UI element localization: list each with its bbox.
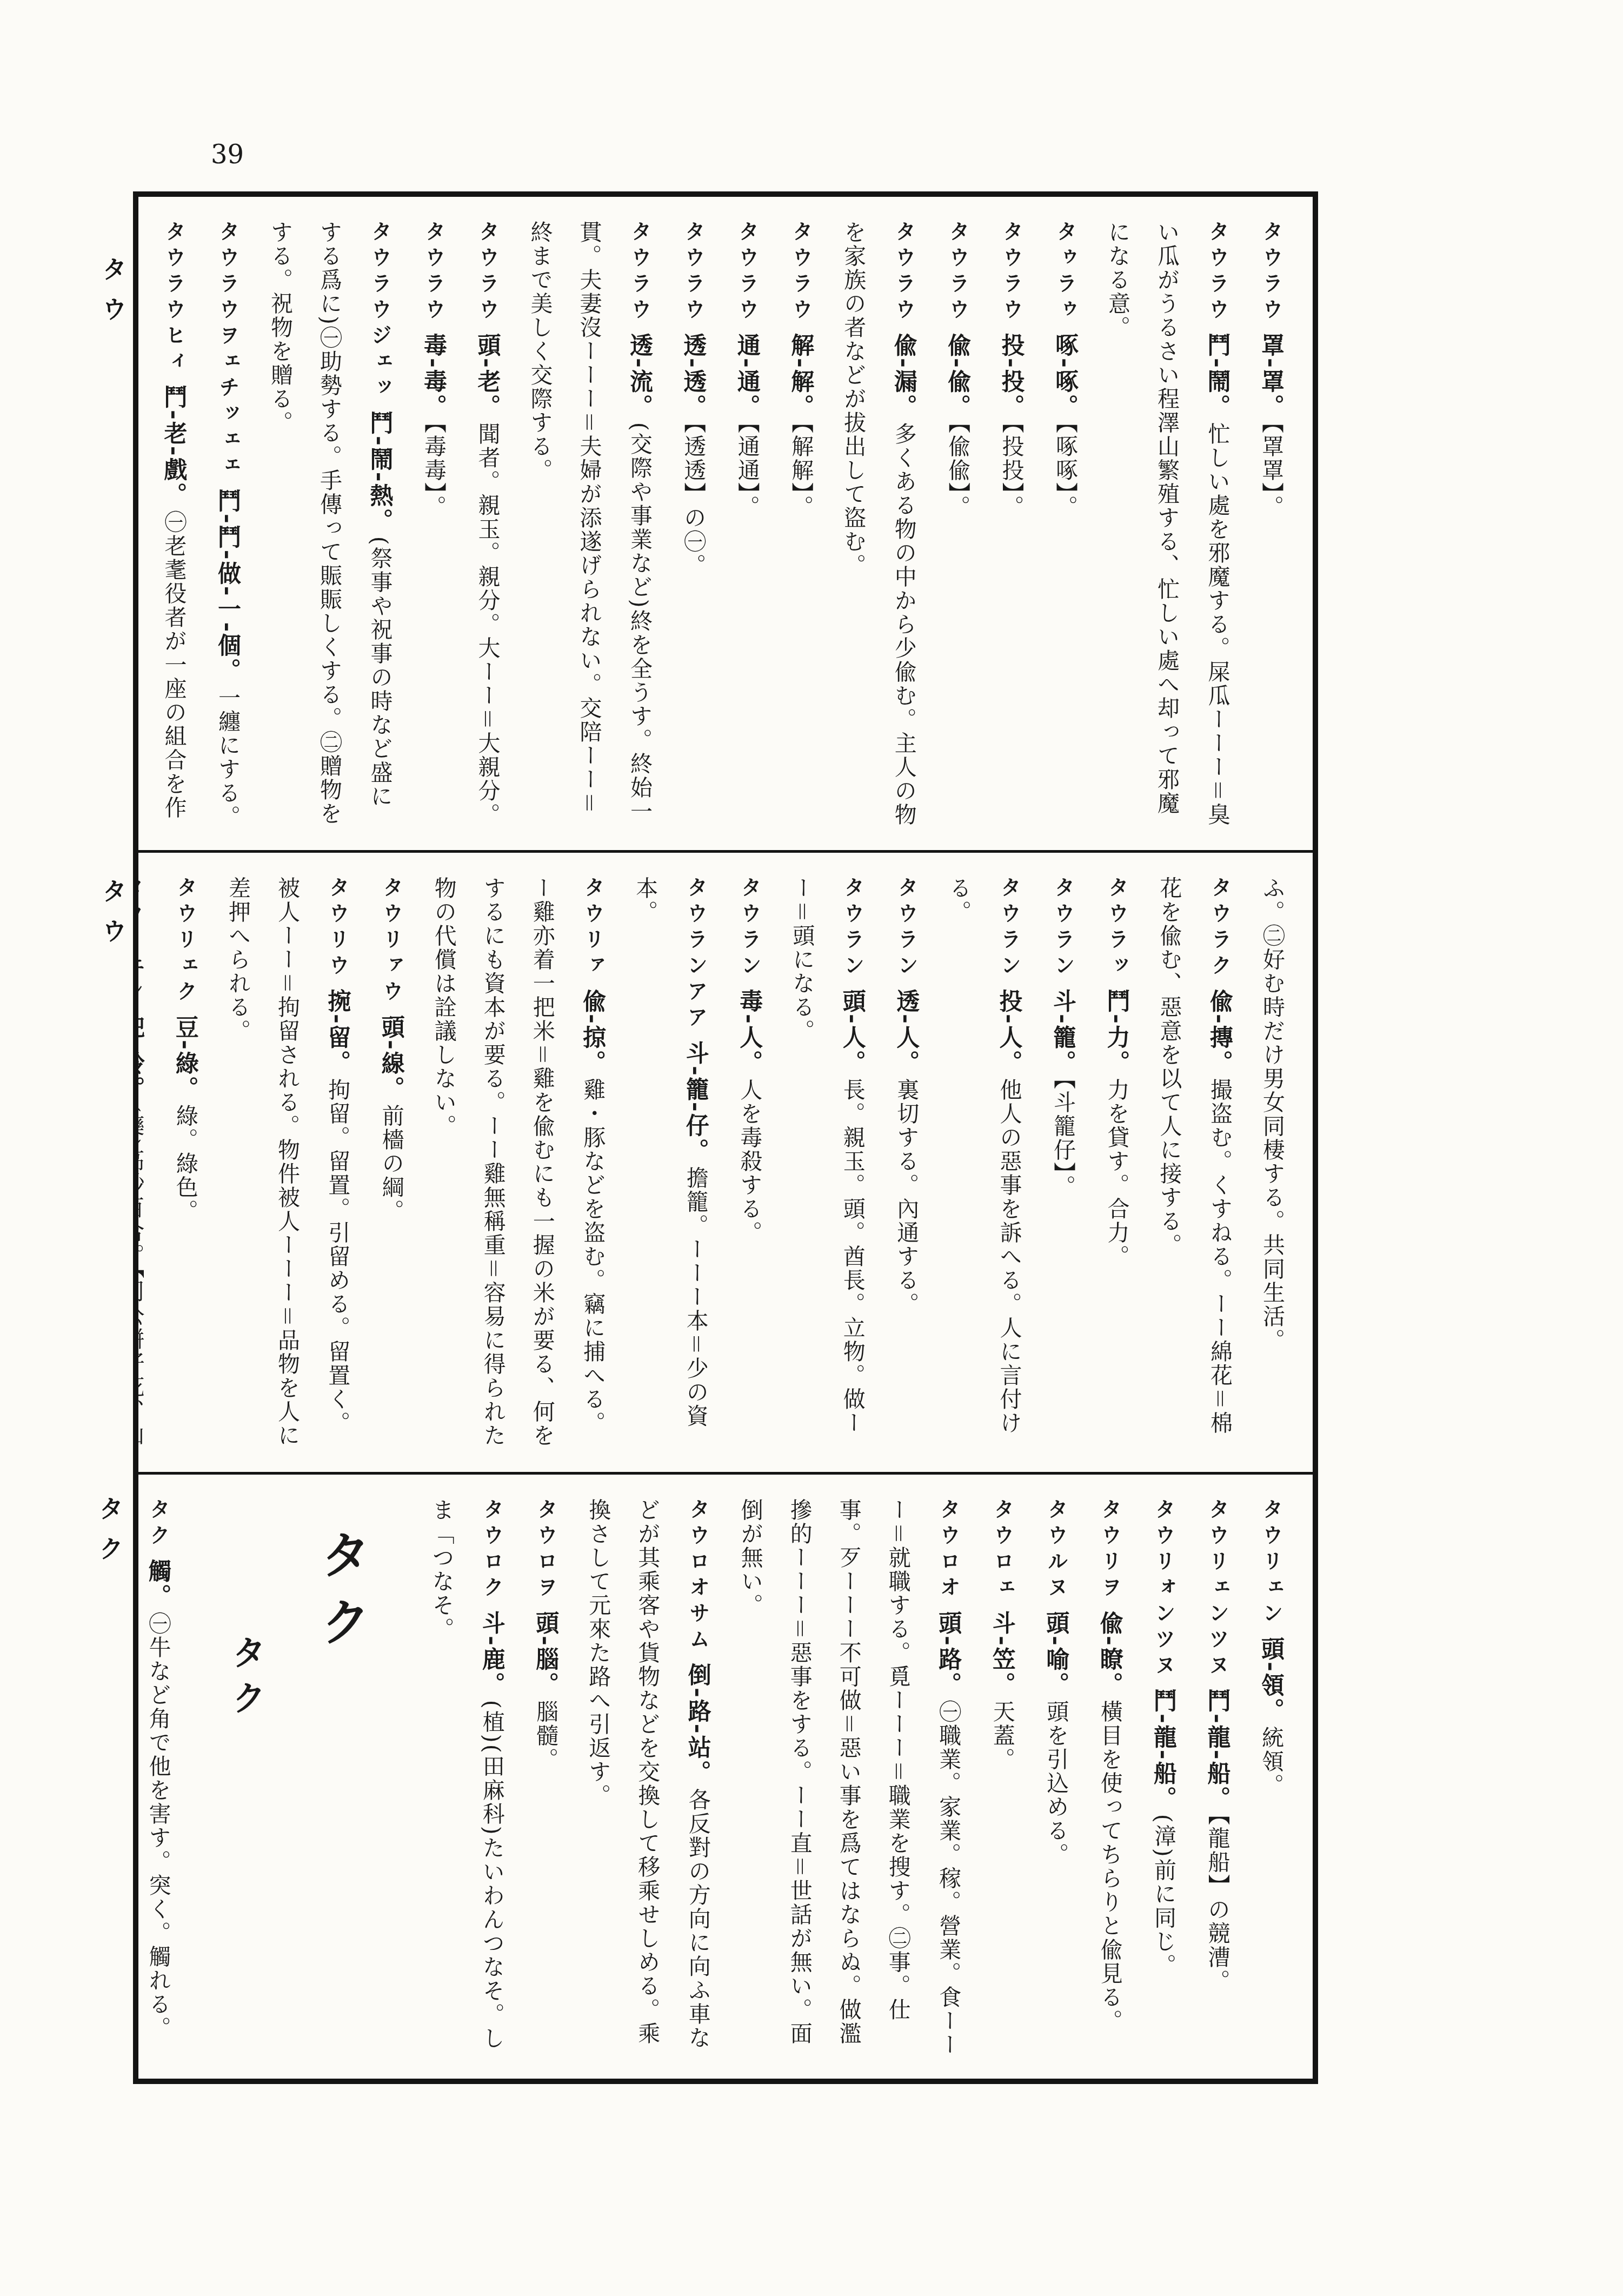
- entry-reading: タウラウ: [1000, 221, 1023, 324]
- entry-headword: 投-人。: [996, 989, 1023, 1075]
- dictionary-entry: タウラウ鬥-鬧。忙しい處を邪魔する。屎瓜ーーー＝臭い瓜がうるさい程澤山繁殖する、…: [1093, 221, 1242, 832]
- entry-body: 聞者。親玉。親分。大ーー＝大親分。: [474, 422, 500, 827]
- dictionary-entry: タゥラゥ啄-啄。【啄啄】。: [1039, 221, 1090, 832]
- entry-headword: 頭-路。: [935, 1611, 962, 1697]
- dictionary-entry: タウロヲ頭-腦。腦髓。: [520, 1498, 571, 2060]
- entry-reading: タウルヌ: [1044, 1498, 1068, 1602]
- entry-body: 【透透】の㊀。: [680, 422, 706, 578]
- entry-body: 【毒毒】。: [421, 422, 447, 519]
- entry-body: 前檣の綱。: [378, 1104, 404, 1223]
- entry-headword: 鬥-老-戲。: [161, 385, 188, 507]
- entry-reading: タウロヲ: [534, 1498, 557, 1602]
- entry-body: 【通通】。: [734, 422, 760, 519]
- entry-reading: タウロオ: [936, 1498, 960, 1602]
- entry-reading: タウラン: [737, 877, 761, 980]
- entry-headword: 鬥-鬧。: [1204, 333, 1231, 419]
- entry-headword: 捥-留。: [324, 989, 351, 1075]
- dictionary-entry: タウラウ透-流。(交際や事業など)終を全うす。終始一貫。夫妻沒ーーー＝夫婦が添遂…: [515, 221, 664, 832]
- dictionary-entry: タウリウ捥-留。拘留。留置。引留める。留置く。被人ーー＝拘留される。物件被人ーー…: [213, 877, 363, 1454]
- entry-body: 統領。: [1258, 1726, 1284, 1797]
- dictionary-entry: タウリェン頭-領。統領。: [1245, 1498, 1296, 2060]
- entry-body: 頭を引込める。: [1043, 1700, 1069, 1867]
- entry-reading: タウロェ: [990, 1498, 1014, 1602]
- dictionary-entry: タウルヌ頭-喻。頭を引込める。: [1030, 1498, 1081, 2060]
- entry-reading: タウラウ: [1259, 221, 1283, 324]
- entry-headword: 觸。: [145, 1559, 172, 1609]
- entry-reading: タウラン: [1051, 877, 1075, 980]
- entry-headword: 毒-毒。: [420, 333, 447, 419]
- entry-reading: タウラウ: [422, 221, 445, 324]
- entry-body: 【啄啄】。: [1052, 422, 1078, 519]
- dictionary-entry: タウロオ頭-路。㊀職業。家業。稼。營業。食ーーー＝就職する。覓ーーー＝職業を搜す…: [726, 1498, 974, 2060]
- dictionary-entry: タウロク斗-鹿。(植)(田麻科)たいわんつなそ。しま「つなそ。: [416, 1498, 517, 2060]
- entry-headword: 斗-笠。: [989, 1611, 1016, 1697]
- entry-reading: タウランアア: [684, 877, 708, 1032]
- entry-reading: タウラン: [894, 877, 918, 980]
- entry-reading: タウリェク: [174, 877, 197, 1006]
- entry-body: 雞・豚などを盗む。竊に捕へる。ー雞亦着一把米＝雞を偸むにも一握の米が要る、何をす…: [431, 877, 606, 1448]
- dictionary-entry: タウリェク豆-綠。綠。綠色。: [159, 877, 210, 1454]
- entry-body: 【罩罩】。: [1258, 422, 1284, 519]
- entry-reading: タウリェンツヌ: [1206, 1498, 1229, 1680]
- entry-headword: 透-透。: [680, 333, 707, 419]
- margin-label-taku-band3: タク: [92, 1496, 128, 1576]
- entry-reading: タウラク: [1208, 877, 1232, 980]
- dictionary-entry: タウラウ投-投。【投投】。: [985, 221, 1036, 832]
- entry-headword: 頭-喻。: [1042, 1611, 1069, 1697]
- page-number: 39: [211, 140, 244, 170]
- entry-reading: タウラウ: [475, 221, 499, 324]
- dictionary-entry: タウリェン兜-鈴。(藥)高砂百合。【司公鉼仔花、山蒜頭】の花莖。(清涼解毒劑、解…: [138, 877, 157, 1454]
- entry-headword: 偸-掠。: [579, 989, 606, 1075]
- entry-headword: 頭-領。: [1258, 1637, 1285, 1723]
- dictionary-entry: タウリヲ偸-瞭。橫目を使ってちらりと偸見る。: [1083, 1498, 1135, 2060]
- dictionary-entry: タウラウヒィ鬥-老-戲。㊀老耄役者が一座の組合を作る義にて共同で商業など始める時…: [138, 221, 199, 832]
- entry-body: 裏切する。內通する。: [893, 1078, 919, 1316]
- entry-reading: タウロオサム: [686, 1498, 710, 1654]
- entry-reading: タウリウ: [325, 877, 349, 980]
- dictionary-entry: タウロオサム倒-路-站。各反對の方向に向ふ車などが其乘客や貨物などを交換して移乘…: [573, 1498, 723, 2060]
- entry-headword: 啄-啄。: [1052, 333, 1079, 419]
- entry-reading: タウラウ: [789, 221, 813, 324]
- band-top: タウラウ罩-罩。【罩罩】。タウラウ鬥-鬧。忙しい處を邪魔する。屎瓜ーーー＝臭い瓜…: [138, 197, 1313, 850]
- dictionary-entry: ふ。㊁好む時だけ男女同棲する。共同生活。: [1247, 877, 1296, 1454]
- entry-headword: 鬥-龍-船。: [1150, 1689, 1177, 1811]
- entry-reading: タウラウ: [681, 221, 705, 324]
- entry-headword: 鬥-鬧-熱。: [366, 411, 393, 533]
- entry-headword: 頭-人。: [839, 989, 866, 1075]
- margin-label-tau-band1: タウ: [95, 256, 131, 336]
- entry-body: ㊀職業。家業。稼。營業。食ーーー＝就職する。覓ーーー＝職業を搜す。㊁事。仕事。歹…: [737, 1498, 962, 2057]
- entry-body: 綠。綠色。: [172, 1104, 198, 1223]
- entry-reading: タウラウ: [628, 221, 651, 324]
- entry-body: 人を毒殺する。: [736, 1078, 762, 1245]
- entry-reading: タウロク: [480, 1498, 504, 1602]
- entry-headword: 鬥-力。: [1103, 989, 1130, 1075]
- dictionary-entry: タウラク偸-摶。撮盗む。くすねる。ーー綿花＝棉花を偸む、惡意を以て人に接する。: [1145, 877, 1245, 1454]
- entry-headword: 偸-偸。: [944, 333, 971, 419]
- entry-headword: 透-流。: [626, 333, 653, 419]
- entry-reading: タウラン: [997, 877, 1021, 980]
- entry-headword: 偸-漏。: [890, 333, 917, 419]
- entry-body: 腦髓。: [533, 1700, 558, 1771]
- dictionary-entry: タウラッ鬥-力。力を貸す。合力。: [1090, 877, 1142, 1454]
- dictionary-entry: タウラウ罩-罩。【罩罩】。: [1245, 221, 1296, 832]
- band-middle: ふ。㊁好む時だけ男女同棲する。共同生活。タウラク偸-摶。撮盗む。くすねる。ーー綿…: [138, 850, 1313, 1472]
- dictionary-entry: タウリェンツヌ鬥-龍-船。【龍船】の競漕。: [1191, 1498, 1242, 2060]
- entry-reading: タウラウヒィ: [162, 221, 186, 376]
- entry-reading: タウラウ: [892, 221, 916, 324]
- entry-headword: 通-通。: [734, 333, 761, 419]
- entry-body: 橫目を使ってちらりと偸見る。: [1097, 1700, 1123, 2033]
- entry-headword: 斗-籠。: [1049, 989, 1076, 1075]
- entry-reading: タウラウヲェチッェェ: [216, 221, 240, 480]
- dictionary-entry: タウラウ毒-毒。【毒毒】。: [407, 221, 458, 832]
- entry-reading: タウラウ: [735, 221, 759, 324]
- entry-headword: 解-解。: [787, 333, 814, 419]
- entry-reading: タウラウジェッ: [368, 221, 391, 402]
- dictionary-entry: タウリァ偸-掠。雞・豚などを盗む。竊に捕へる。ー雞亦着一把米＝雞を偸むにも一握の…: [419, 877, 618, 1454]
- entry-reading: タウリヲ: [1098, 1498, 1122, 1602]
- dictionary-entry: タウロェ斗-笠。天蓋。: [976, 1498, 1027, 2060]
- entry-body: 【斗籠仔】。: [1050, 1078, 1076, 1199]
- dictionary-entry: タウラン投-人。他人の惡事を訴へる。人に言付ける。: [934, 877, 1034, 1454]
- margin-label-tau-band2: タウ: [95, 878, 131, 958]
- entry-body: ふ。㊁好む時だけ男女同棲する。共同生活。: [1259, 877, 1285, 1352]
- entry-headword: 倒-路-站。: [684, 1663, 711, 1785]
- entry-headword: 斗-鹿。: [478, 1611, 505, 1697]
- dictionary-entry: タウラウジェッ鬥-鬧-熱。(祭事や祝事の時など盛にする爲に)㊀助勢する。手傳って…: [255, 221, 405, 832]
- entry-reading: タウラン: [841, 877, 864, 980]
- entry-body: 天蓋。: [989, 1700, 1015, 1771]
- section-heading-small: タク: [208, 1498, 284, 2060]
- entry-reading: タウリェン: [138, 877, 143, 1006]
- dictionary-entry: タウラン頭-人。長。親玉。頭。酋長。立物。做ーー＝頭になる。: [777, 877, 877, 1454]
- entry-body: 【龍船】の競漕。: [1205, 1814, 1230, 1994]
- dictionary-entry: タウラウ偸-偸。【偸偸】。: [932, 221, 983, 832]
- scanned-dictionary-page: 39 タウ タウ タク タウラウ罩-罩。【罩罩】。タウラウ鬥-鬧。忙しい處を邪魔…: [0, 0, 1623, 2296]
- entry-reading: タウラウ: [946, 221, 969, 324]
- entry-headword: 鬥-龍-船。: [1204, 1689, 1231, 1811]
- dictionary-entry: タウラウ解-解。【解解】。: [775, 221, 826, 832]
- entry-body: 力を貸す。合力。: [1104, 1078, 1130, 1269]
- dictionary-entry: タウラウ頭-老。聞者。親玉。親分。大ーー＝大親分。: [461, 221, 513, 832]
- entry-reading: タウリォンツヌ: [1152, 1498, 1175, 1680]
- dictionary-entry: タウランアア斗-籠-仔。擔籠。ーーー本＝少の資本。: [620, 877, 721, 1454]
- entry-body: (漳)前に同じ。: [1150, 1814, 1176, 1978]
- entry-reading: タク: [147, 1498, 170, 1550]
- dictionary-entry: タク觸。㊀牛など角で他を害す。突く。觸れる。牛能ー人＝牛は人を突く。牛椆內ー牛母…: [138, 1498, 184, 2060]
- dictionary-text-box: タウラウ罩-罩。【罩罩】。タウラウ鬥-鬧。忙しい處を邪魔する。屎瓜ーーー＝臭い瓜…: [133, 191, 1318, 2084]
- dictionary-entry: タウラウ偸-漏。多くある物の中から少偸む。主人の物を家族の者などが拔出して盜む。: [828, 221, 929, 832]
- section-heading-large: タク: [284, 1498, 397, 2060]
- dictionary-entry: タウラウ透-透。【透透】の㊀。: [667, 221, 719, 832]
- entry-headword: 毒-人。: [736, 989, 763, 1075]
- entry-reading: タウリェン: [1259, 1498, 1283, 1628]
- entry-headword: 兜-鈴。: [138, 1015, 145, 1101]
- entry-headword: 罩-罩。: [1258, 333, 1285, 419]
- entry-headword: 豆-綠。: [172, 1015, 199, 1101]
- entry-headword: 頭-腦。: [532, 1611, 559, 1697]
- entry-body: 一纏にする。: [215, 686, 241, 829]
- entry-headword: 偸-摶。: [1206, 989, 1233, 1075]
- entry-headword: 斗-籠-仔。: [682, 1041, 709, 1163]
- entry-headword: 鬥-鬥-做-一-個。: [214, 489, 241, 683]
- entry-headword: 透-人。: [893, 989, 920, 1075]
- dictionary-entry: タウリォンツヌ鬥-龍-船。(漳)前に同じ。: [1138, 1498, 1189, 2060]
- entry-headword: 頭-老。: [474, 333, 501, 419]
- dictionary-entry: タウラン毒-人。人を毒殺する。: [723, 877, 775, 1454]
- entry-headword: 投-投。: [998, 333, 1025, 419]
- entry-reading: タウリァ: [581, 877, 604, 980]
- entry-body: 【偸偸】。: [944, 422, 970, 519]
- entry-body: 【解解】。: [788, 422, 814, 519]
- dictionary-entry: タウラン斗-籠。【斗籠仔】。: [1037, 877, 1088, 1454]
- entry-reading: タウラッ: [1105, 877, 1129, 980]
- section-heading-taku: タクタク: [208, 1498, 397, 2060]
- entry-reading: タゥラゥ: [1053, 221, 1077, 324]
- dictionary-entry: タウラン透-人。裏切する。內通する。: [880, 877, 932, 1454]
- dictionary-entry: タウリァウ頭-線。前檣の綱。: [365, 877, 416, 1454]
- dictionary-entry: タウラウ通-通。【通通】。: [721, 221, 772, 832]
- entry-headword: 偸-瞭。: [1096, 1611, 1123, 1697]
- entry-reading: タウリァウ: [380, 877, 403, 1006]
- entry-headword: 頭-線。: [378, 1015, 405, 1101]
- entry-body: 【投投】。: [999, 422, 1025, 519]
- band-bottom: タウリェン頭-領。統領。タウリェンツヌ鬥-龍-船。【龍船】の競漕。タウリォンツヌ…: [138, 1472, 1313, 2079]
- dictionary-entry: タウラウヲェチッェェ鬥-鬥-做-一-個。一纏にする。: [202, 221, 253, 832]
- entry-reading: タウラウ: [1206, 221, 1229, 324]
